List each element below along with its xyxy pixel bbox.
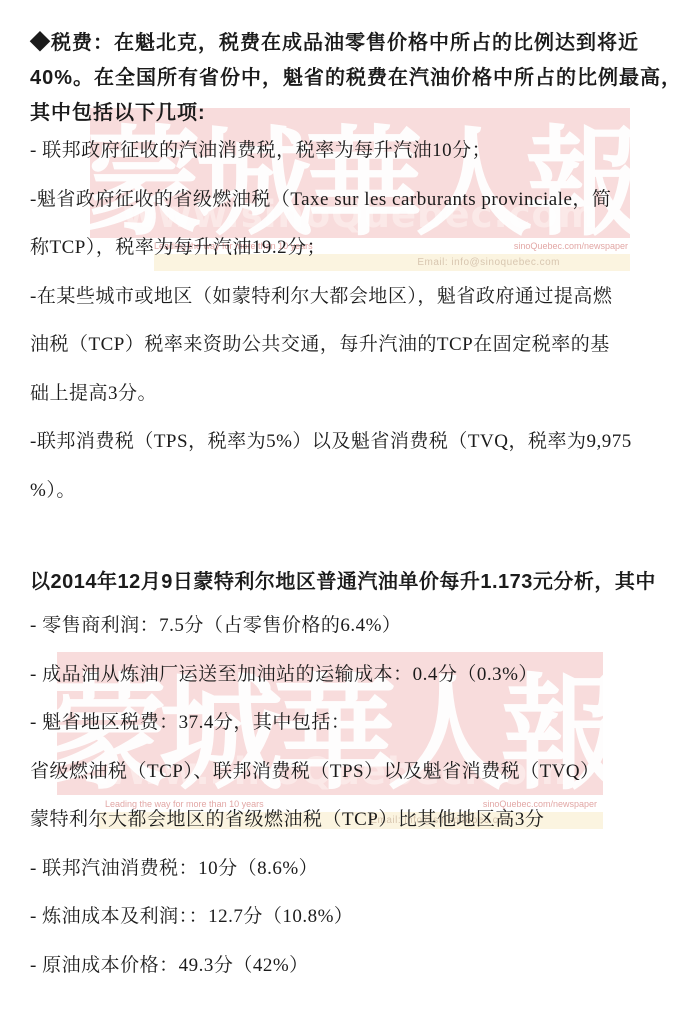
article: ◆税费：在魁北克，税费在成品油零售价格中所占的比例达到将近40%。在全国所有省份… <box>0 0 680 1032</box>
text-line: - 联邦汽油消费税：10分（8.6%） <box>30 845 652 894</box>
text-line: - 魁省地区税费：37.4分，其中包括： <box>30 699 652 748</box>
text-line: -联邦消费税（TPS，税率为5%）以及魁省消费税（TVQ，税率为9,975 <box>30 418 652 467</box>
text-line: ◆税费：在魁北克，税费在成品油零售价格中所占的比例达到将近 <box>30 26 652 61</box>
text-line: - 零售商利润：7.5分（占零售价格的6.4%） <box>30 602 652 651</box>
text-line: -在某些城市或地区（如蒙特利尔大都会地区），魁省政府通过提高燃 <box>30 273 652 322</box>
text-line: - 成品油从炼油厂运送至加油站的运输成本：0.4分（0.3%） <box>30 651 652 700</box>
text-line: - 炼油成本及利润：：12.7分（10.8%） <box>30 893 652 942</box>
text-line: 蒙特利尔大都会地区的省级燃油税（TCP）比其他地区高3分 <box>30 796 652 845</box>
text-line: 40%。在全国所有省份中，魁省的税费在汽油价格中所占的比例最高， <box>30 61 652 96</box>
text-line: 称TCP），税率为每升汽油19.2分； <box>30 224 652 273</box>
text-line: -魁省政府征收的省级燃油税（Taxe sur les carburants pr… <box>30 176 652 225</box>
text-line: - 联邦政府征收的汽油消费税，税率为每升汽油10分； <box>30 127 652 176</box>
text-line: 油税（TCP）税率来资助公共交通，每升汽油的TCP在固定税率的基 <box>30 321 652 370</box>
text-line: 其中包括以下几项: <box>30 96 652 131</box>
text-line: %）。 <box>30 467 652 516</box>
text-line: 础上提高3分。 <box>30 370 652 419</box>
text-line: 以2014年12月9日蒙特利尔地区普通汽油单价每升1.173元分析，其中 <box>30 562 652 602</box>
text-line: 省级燃油税（TCP）、联邦消费税（TPS）以及魁省消费税（TVQ） <box>30 748 652 797</box>
text-line: - 原油成本价格：49.3分（42%） <box>30 942 652 991</box>
